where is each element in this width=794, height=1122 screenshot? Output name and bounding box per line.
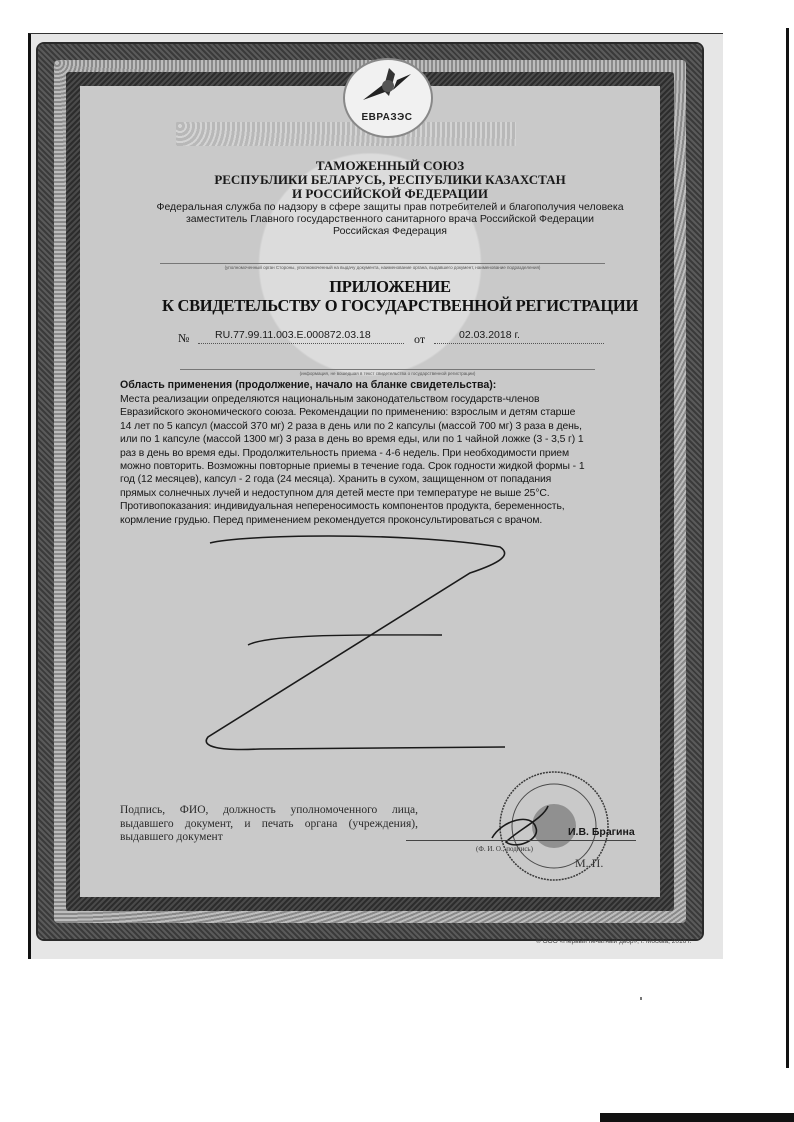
header-union: ТАМОЖЕННЫЙ СОЮЗ [120, 159, 660, 173]
divider [180, 369, 595, 370]
stamp-place-label: М. П. [575, 856, 603, 871]
signer-name: И.В. Брагина [568, 826, 635, 838]
header-official: заместитель Главного государственного са… [110, 213, 670, 225]
scope-line: можно повторить. Возможны повторные прие… [120, 460, 660, 473]
scan-edge [600, 1113, 794, 1122]
header-agency: Федеральная служба по надзору в сфере за… [110, 201, 670, 213]
z-strikethrough-mark [200, 525, 530, 755]
scope-line: или по 1 капсуле (массой 1300 мг) 3 раза… [120, 433, 660, 446]
registration-date: 02.03.2018 г. [459, 329, 520, 341]
scope-line: Места реализации определяются национальн… [120, 393, 660, 406]
scope-line: 14 лет по 5 капсул (массой 370 мг) 2 раз… [120, 420, 660, 433]
info-caption: (информация, не вошедшая в текст свидете… [180, 371, 595, 377]
annex-subtitle: К СВИДЕТЕЛЬСТВУ О ГОСУДАРСТВЕННОЙ РЕГИСТ… [115, 296, 685, 316]
scan-edge [786, 28, 789, 1068]
registration-number: RU.77.99.11.003.E.000872.03.18 [215, 329, 371, 341]
number-underline [198, 343, 404, 344]
scope-line: раз в день во время еды. Продолжительнос… [120, 447, 660, 460]
emblem-label: ЕВРАЗЭС [337, 112, 437, 123]
signature-caption: Подпись, ФИО, должность уполномоченного … [120, 804, 418, 845]
eurasec-emblem: ЕВРАЗЭС [337, 56, 437, 138]
printer-note: © ООО «Первый печатный двор», г. Москва,… [536, 938, 691, 945]
signature-line [406, 840, 636, 841]
date-label: от [414, 332, 425, 347]
date-underline [434, 343, 604, 344]
divider [160, 263, 605, 264]
scope-line: Евразийского экономического союза. Реком… [120, 406, 660, 419]
number-label: № [178, 331, 189, 346]
scope-heading: Область применения (продолжение, начало … [120, 379, 496, 391]
scope-line: прямых солнечных лучей и недоступном для… [120, 487, 660, 500]
scope-line: год (12 месяцев), капсул - 2 года (24 ме… [120, 473, 660, 486]
header-federation: И РОССИЙСКОЙ ФЕДЕРАЦИИ [120, 187, 660, 201]
scope-line: Противопоказания: индивидуальная неперен… [120, 500, 660, 513]
annex-title: ПРИЛОЖЕНИЕ [110, 277, 670, 297]
eurasec-emblem-icon [359, 66, 415, 106]
header-republics: РЕСПУБЛИКИ БЕЛАРУСЬ, РЕСПУБЛИКИ КАЗАХСТА… [120, 173, 660, 187]
scan-speck [640, 997, 642, 1000]
authority-caption: (уполномоченный орган Стороны, уполномоч… [160, 265, 605, 271]
fio-caption: (Ф. И. О., подпись) [476, 845, 533, 853]
scope-text: Места реализации определяются национальн… [120, 393, 660, 527]
header-country: Российская Федерация [110, 225, 670, 237]
